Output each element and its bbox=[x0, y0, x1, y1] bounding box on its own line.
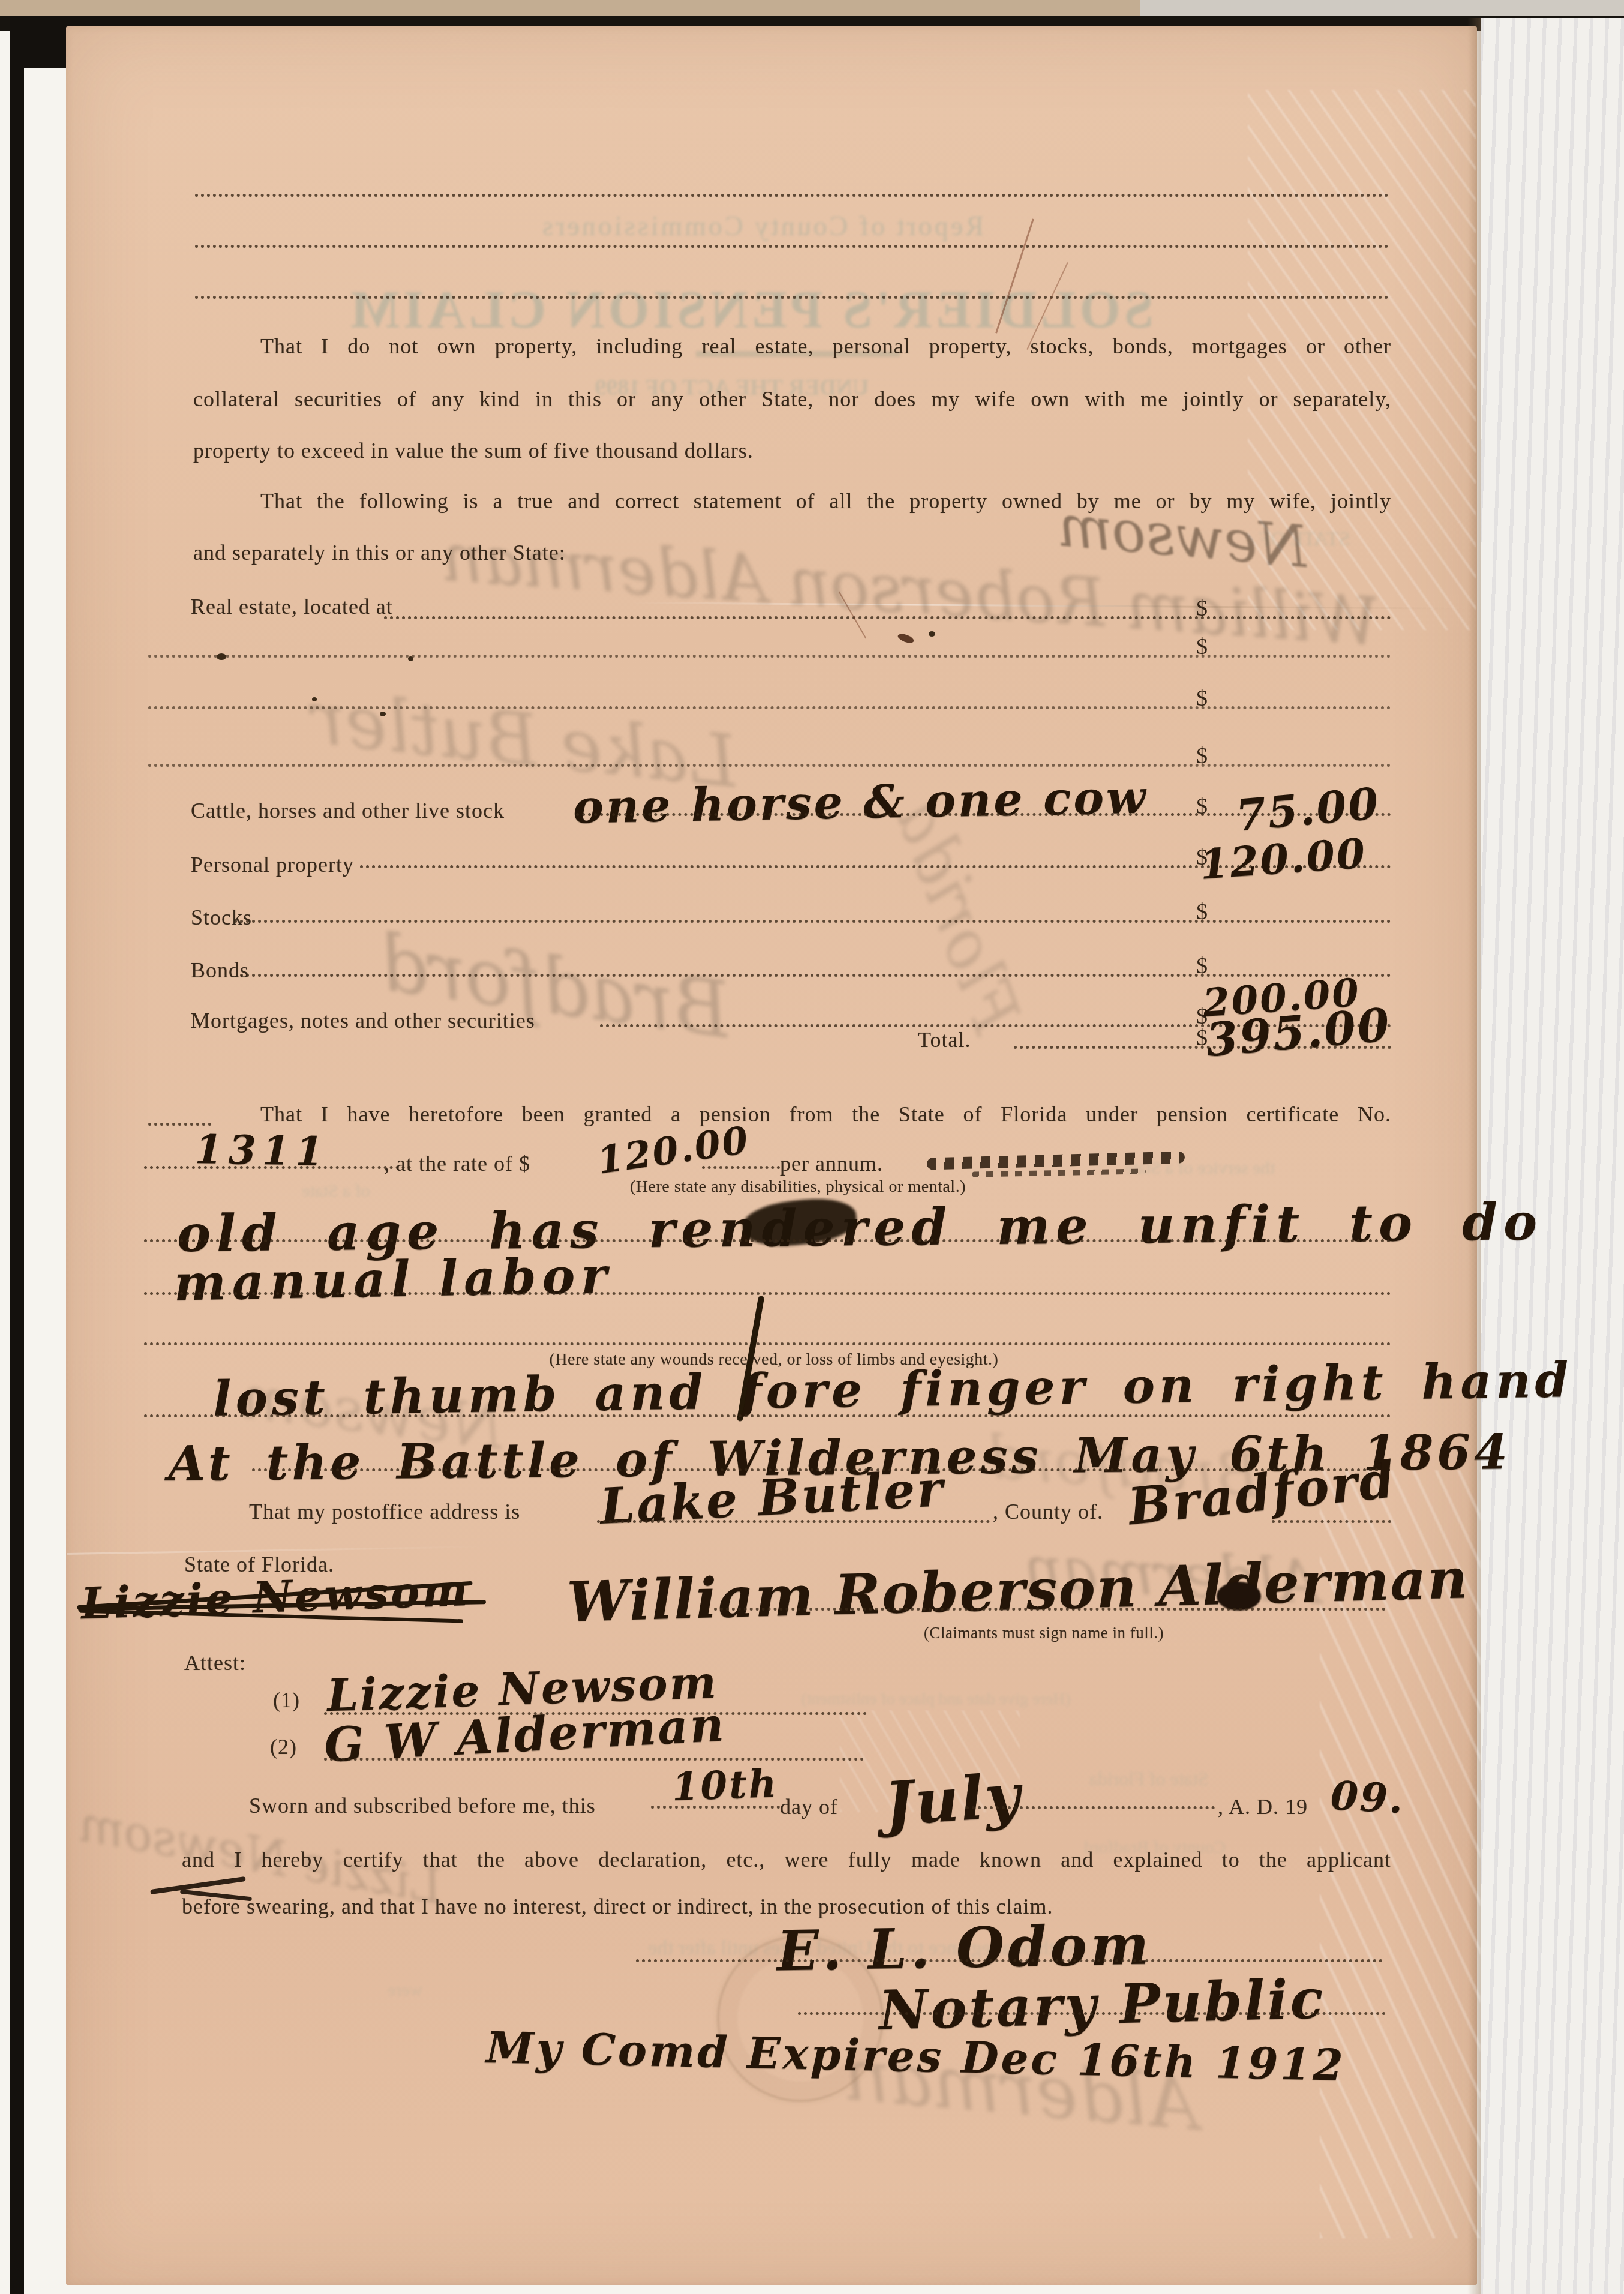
dollar-sign: $ bbox=[1196, 953, 1208, 979]
plastic-film-right bbox=[1481, 18, 1624, 2294]
leader-dots bbox=[144, 1239, 1391, 1242]
sworn-year: 09. bbox=[1329, 1772, 1406, 1822]
leader-dots bbox=[636, 1959, 1383, 1962]
bleed-header: Report of County Commissioners bbox=[414, 210, 1110, 242]
sworn-month: July bbox=[882, 1759, 1024, 1840]
certify-line: before swearing, and that I have no inte… bbox=[182, 1894, 1053, 1919]
blank-rule bbox=[195, 296, 1389, 299]
leader-dots bbox=[144, 1292, 1391, 1295]
address-prefix: That my postoffice address is bbox=[249, 1499, 520, 1524]
bleed-service-left: of a State bbox=[252, 1181, 420, 1201]
leader-dots bbox=[597, 1520, 990, 1523]
ink-speck bbox=[380, 712, 386, 716]
leader-dots bbox=[798, 2012, 1386, 2015]
ink-speck bbox=[312, 697, 317, 701]
county-label: , County of. bbox=[993, 1499, 1103, 1524]
rate-label: , at the rate of $ bbox=[384, 1151, 530, 1176]
ad-label: , A. D. 19 bbox=[1218, 1794, 1308, 1819]
leader-dots bbox=[1272, 1520, 1391, 1523]
leader-dots bbox=[702, 1166, 780, 1169]
bleed-title: SOLDIER'S PENSION CLAIM bbox=[312, 280, 1188, 340]
dollar-sign: $ bbox=[1196, 685, 1208, 712]
witness2-number: (2) bbox=[270, 1734, 297, 1759]
leader-dots bbox=[234, 920, 1391, 923]
property-label: Stocks bbox=[191, 905, 252, 930]
property-label: Mortgages, notes and other securities bbox=[191, 1008, 535, 1033]
blank-rule bbox=[195, 194, 1389, 197]
witness1-number: (1) bbox=[273, 1687, 300, 1713]
declaration-line: and separately in this or any other Stat… bbox=[193, 540, 566, 565]
leader-dots bbox=[966, 1806, 1215, 1809]
leader-dots bbox=[144, 1414, 1391, 1417]
leader-dots bbox=[240, 974, 1391, 977]
declaration-line: collateral securities of any kind in thi… bbox=[193, 386, 1391, 412]
ink-speck bbox=[408, 656, 413, 661]
per-annum-label: per annum. bbox=[780, 1151, 883, 1176]
ink-speck bbox=[217, 653, 226, 660]
handwritten-entry: one horse & one cow bbox=[572, 770, 1148, 834]
sworn-prefix: Sworn and subscribed before me, this bbox=[249, 1793, 596, 1818]
property-label: Personal property bbox=[191, 852, 354, 877]
disability-line: manual labor bbox=[173, 1247, 613, 1312]
ink-speck bbox=[929, 631, 935, 637]
declaration-line: property to exceed in value the sum of f… bbox=[193, 438, 754, 463]
scanned-document: Report of County Commissioners SOLDIER'S… bbox=[0, 0, 1624, 2294]
certify-line: and I hereby certify that the above decl… bbox=[182, 1847, 1391, 1872]
bleed-were: were bbox=[315, 1980, 495, 2001]
bleed-state-florida: State of Florida bbox=[1008, 1768, 1290, 1790]
property-label: Cattle, horses and other live stock bbox=[191, 798, 505, 823]
declaration-line: That the following is a true and correct… bbox=[260, 488, 1391, 514]
dollar-sign: $ bbox=[1196, 743, 1208, 769]
blank-rule bbox=[195, 245, 1389, 248]
disabilities-caption: (Here state any disabilities, physical o… bbox=[570, 1177, 1026, 1197]
bleed-enlist-caption: (Here give date and place of enlistment) bbox=[774, 1690, 1098, 1709]
property-label: Real estate, located at bbox=[191, 594, 393, 619]
backing-left-bar bbox=[10, 16, 24, 2294]
dollar-sign: $ bbox=[1196, 899, 1208, 925]
total-label: Total. bbox=[918, 1027, 971, 1052]
backing-top-strip-gray bbox=[1140, 0, 1624, 16]
leader-dots bbox=[714, 1608, 1386, 1611]
leader-dots bbox=[324, 1758, 864, 1761]
day-of-label: day of bbox=[780, 1794, 838, 1819]
dollar-sign: $ bbox=[1196, 793, 1208, 820]
sign-full-caption: (Claimants must sign name in full.) bbox=[882, 1624, 1206, 1642]
dollar-sign: $ bbox=[1196, 595, 1208, 622]
declaration-line: That I do not own property, including re… bbox=[260, 334, 1391, 359]
leader-dots bbox=[144, 1342, 1391, 1345]
leader-dots bbox=[384, 616, 1391, 619]
sworn-day: 10th bbox=[671, 1761, 779, 1810]
property-label: Bonds bbox=[191, 958, 249, 983]
certificate-number: 1311 bbox=[194, 1126, 329, 1175]
ink-blot bbox=[1217, 1582, 1261, 1611]
leader-dots bbox=[651, 1806, 780, 1809]
attest-label: Attest: bbox=[184, 1650, 246, 1675]
dollar-sign: $ bbox=[1196, 634, 1208, 660]
pension-intro: That I have heretofore been granted a pe… bbox=[260, 1102, 1391, 1127]
